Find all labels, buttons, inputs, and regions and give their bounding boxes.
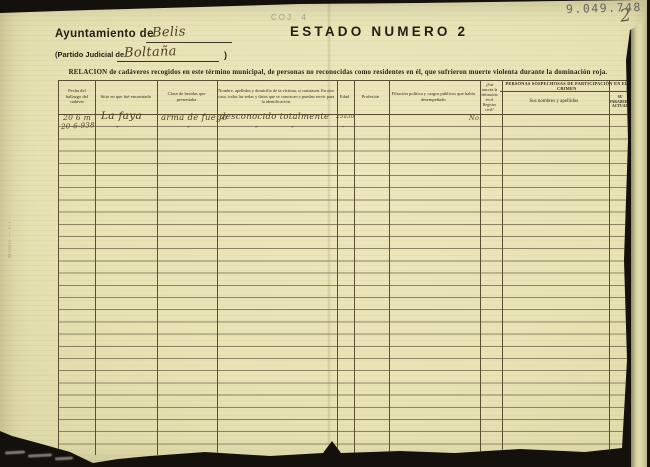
- intro-paragraph: RELACION de cadáveres recogidos en este …: [40, 69, 636, 76]
- header-nombres-apellidos: Sus nombres y apellidos: [500, 92, 607, 112]
- entry-wounds: arma de fuego: [161, 113, 227, 123]
- corner-watermark: [5, 450, 25, 454]
- header-profesion: Profesión: [353, 81, 388, 112]
- judicial-district-closing-paren: ): [224, 50, 227, 60]
- ditto-mark-age: ″: [342, 126, 344, 133]
- handwritten-page-number: 2: [619, 5, 633, 26]
- underlying-page-edge: [631, 0, 647, 467]
- table-header-row: Fecha del hallazgo del cadáver Sitio en …: [59, 81, 633, 112]
- header-nombre-victima: Nombre, apellidos y domicilio de la víct…: [216, 81, 336, 112]
- table-body-ruling: [59, 115, 633, 455]
- form-title: ESTADO NUMERO 2: [290, 24, 468, 39]
- header-registro-civil: ¿Fué inscrita la defunción en el Registr…: [479, 81, 501, 112]
- ditto-mark-wounds: ″: [187, 125, 190, 134]
- header-edad: Edad: [336, 81, 353, 112]
- column-divider: [480, 81, 481, 455]
- judicial-district-handwritten-value: Boltaña: [124, 44, 177, 61]
- entry-registered: No.: [469, 114, 481, 122]
- column-divider: [157, 81, 158, 455]
- entry-site: La faya: [101, 110, 142, 122]
- column-divider: [502, 81, 503, 455]
- header-filiacion-politica: Filiación política y cargos públicos que…: [388, 81, 479, 112]
- column-divider: [217, 81, 218, 455]
- corner-watermark: [55, 457, 73, 461]
- column-divider: [609, 81, 610, 455]
- document-sheet: 9.049.748 2 COJ. 4 ESTADO NUMERO 2 Ayunt…: [0, 0, 650, 467]
- ditto-mark-identity-b: ″: [291, 125, 294, 134]
- header-paradero-actual: SU PARADERO ACTUAL: [607, 92, 633, 112]
- entry-age: 25a30: [336, 114, 355, 120]
- judicial-district-label: (Partido Judicial de: [55, 50, 124, 59]
- ditto-mark-site: ″: [116, 125, 119, 134]
- entry-identity: desconocido totalmente: [220, 112, 329, 122]
- printed-margin-model-note: Modelo — T-1: [8, 221, 13, 258]
- header-sitio-encontrado: Sitio en que fué encontrado: [95, 81, 157, 112]
- faint-folder-code: COJ. 4: [271, 13, 308, 22]
- judicial-district-fill-line: [117, 61, 219, 62]
- municipality-handwritten-value: Belis: [152, 24, 186, 40]
- scanned-document-photo: 9.049.748 2 COJ. 4 ESTADO NUMERO 2 Ayunt…: [0, 0, 650, 467]
- column-divider: [95, 81, 96, 455]
- ditto-mark-identity-a: ″: [255, 125, 258, 134]
- column-divider: [354, 81, 355, 455]
- header-fecha-hallazgo: Fecha del hallazgo del cadáver: [59, 81, 95, 112]
- form-table: Fecha del hallazgo del cadáver Sitio en …: [58, 80, 634, 455]
- header-group-sospechosos: PERSONAS SOSPECHOSAS DE PARTICIPACIÓN EN…: [500, 81, 633, 112]
- column-divider: [389, 81, 390, 455]
- column-divider: [337, 81, 338, 455]
- header-personas-sospechosas: PERSONAS SOSPECHOSAS DE PARTICIPACIÓN EN…: [500, 81, 633, 92]
- corner-watermark: [28, 453, 52, 457]
- municipality-label: Ayuntamiento de: [55, 28, 154, 40]
- municipality-fill-line: [146, 42, 232, 43]
- header-clase-heridas: Clase de heridas que presentaba: [157, 81, 217, 112]
